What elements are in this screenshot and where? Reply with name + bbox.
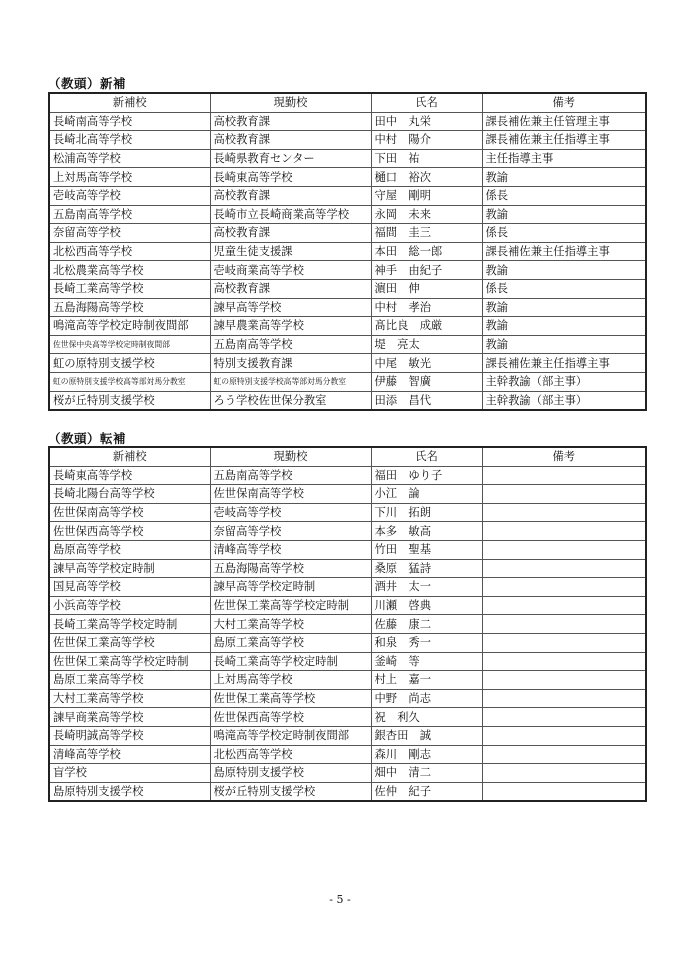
table-row: 鳴滝高等学校定時制夜間部諫早農業高等学校髙比良 成厳教諭: [49, 317, 646, 336]
remarks-cell: [482, 503, 646, 522]
remarks-cell: [482, 596, 646, 615]
current-post-cell: 長崎県教育センター: [210, 149, 371, 168]
name-cell: 下川 拓朗: [371, 503, 482, 522]
new-appointments-table: 新補校 現勤校 氏名 備考 長崎南高等学校高校教育課田中 丸栄課長補佐兼主任管理…: [48, 92, 647, 411]
table-row: 長崎東高等学校五島南高等学校福田 ゆり子: [49, 466, 646, 485]
table-row: 五島海陽高等学校諫早高等学校中村 孝治教諭: [49, 298, 646, 317]
header-current-post: 現勤校: [210, 447, 371, 466]
new-school-cell: 大村工業高等学校: [49, 689, 210, 708]
remarks-cell: [482, 726, 646, 745]
section-title-transfer: （教頭）転補: [48, 429, 126, 447]
name-cell: 樋口 裕次: [371, 168, 482, 187]
table-row: 佐世保工業高等学校島原工業高等学校和泉 秀一: [49, 633, 646, 652]
table-row: 佐世保西高等学校奈留高等学校本多 敏高: [49, 522, 646, 541]
remarks-cell: 係長: [482, 186, 646, 205]
table-row: 諫早高等学校定時制五島海陽高等学校桑原 猛詩: [49, 559, 646, 578]
new-school-cell: 松浦高等学校: [49, 149, 210, 168]
current-post-cell: ろう学校佐世保分教室: [210, 391, 371, 410]
current-post-cell: 鳴滝高等学校定時制夜間部: [210, 726, 371, 745]
new-school-cell: 諫早商業高等学校: [49, 708, 210, 727]
table-row: 清峰高等学校北松西高等学校森川 剛志: [49, 745, 646, 764]
remarks-cell: [482, 745, 646, 764]
new-school-cell: 長崎工業高等学校定時制: [49, 615, 210, 634]
new-school-cell: 長崎北陽台高等学校: [49, 485, 210, 504]
table-header-row: 新補校 現勤校 氏名 備考: [49, 447, 646, 466]
table-row: 奈留高等学校高校教育課福間 圭三係長: [49, 224, 646, 243]
name-cell: 田添 昌代: [371, 391, 482, 410]
new-school-cell: 五島海陽高等学校: [49, 298, 210, 317]
name-cell: 中村 陽介: [371, 131, 482, 150]
name-cell: 酒井 太一: [371, 578, 482, 597]
header-name: 氏名: [371, 447, 482, 466]
table-row: 長崎北高等学校高校教育課中村 陽介課長補佐兼主任指導主事: [49, 131, 646, 150]
current-post-cell: 壱岐高等学校: [210, 503, 371, 522]
current-post-cell: 特別支援教育課: [210, 354, 371, 373]
table-row: 虹の原特別支援学校高等部対馬分教室虹の原特別支援学校高等部対馬分教室伊藤 智廣主…: [49, 372, 646, 391]
new-school-cell: 佐世保中央高等学校定時制夜間部: [49, 335, 210, 354]
remarks-cell: [482, 633, 646, 652]
table-row: 長崎工業高等学校定時制大村工業高等学校佐藤 康二: [49, 615, 646, 634]
table-row: 盲学校島原特別支援学校畑中 清二: [49, 764, 646, 783]
new-school-cell: 壱岐高等学校: [49, 186, 210, 205]
table-row: 松浦高等学校長崎県教育センター下田 祐主任指導主事: [49, 149, 646, 168]
new-school-cell: 盲学校: [49, 764, 210, 783]
remarks-cell: 教諭: [482, 298, 646, 317]
name-cell: 中野 尚志: [371, 689, 482, 708]
name-cell: 伊藤 智廣: [371, 372, 482, 391]
new-school-cell: 五島南高等学校: [49, 205, 210, 224]
new-school-cell: 佐世保工業高等学校定時制: [49, 652, 210, 671]
header-remarks: 備考: [482, 447, 646, 466]
table-row: 大村工業高等学校佐世保工業高等学校中野 尚志: [49, 689, 646, 708]
current-post-cell: 高校教育課: [210, 186, 371, 205]
new-school-cell: 長崎明誠高等学校: [49, 726, 210, 745]
current-post-cell: 虹の原特別支援学校高等部対馬分教室: [210, 372, 371, 391]
remarks-cell: 主任指導主事: [482, 149, 646, 168]
current-post-cell: 五島南高等学校: [210, 466, 371, 485]
table-row: 長崎南高等学校高校教育課田中 丸栄課長補佐兼主任管理主事: [49, 112, 646, 131]
name-cell: 本多 敏高: [371, 522, 482, 541]
name-cell: 佐藤 康二: [371, 615, 482, 634]
name-cell: 川瀬 啓典: [371, 596, 482, 615]
name-cell: 村上 嘉一: [371, 671, 482, 690]
table-row: 佐世保工業高等学校定時制長崎工業高等学校定時制釜崎 等: [49, 652, 646, 671]
remarks-cell: 教諭: [482, 317, 646, 336]
remarks-cell: 教諭: [482, 205, 646, 224]
remarks-cell: 課長補佐兼主任指導主事: [482, 354, 646, 373]
header-new-school: 新補校: [49, 93, 210, 112]
table-row: 国見高等学校諫早高等学校定時制酒井 太一: [49, 578, 646, 597]
table-row: 佐世保中央高等学校定時制夜間部五島南高等学校堤 亮太教諭: [49, 335, 646, 354]
current-post-cell: 高校教育課: [210, 279, 371, 298]
new-school-cell: 島原工業高等学校: [49, 671, 210, 690]
remarks-cell: 主幹教諭（部主事）: [482, 372, 646, 391]
remarks-cell: 課長補佐兼主任指導主事: [482, 131, 646, 150]
current-post-cell: 壱岐商業高等学校: [210, 261, 371, 280]
name-cell: 守屋 剛明: [371, 186, 482, 205]
remarks-cell: [482, 522, 646, 541]
remarks-cell: 係長: [482, 279, 646, 298]
new-school-cell: 佐世保南高等学校: [49, 503, 210, 522]
new-school-cell: 長崎南高等学校: [49, 112, 210, 131]
name-cell: 田中 丸栄: [371, 112, 482, 131]
table-row: 桜が丘特別支援学校ろう学校佐世保分教室田添 昌代主幹教諭（部主事）: [49, 391, 646, 410]
table-row: 長崎明誠高等学校鳴滝高等学校定時制夜間部銀杏田 誠: [49, 726, 646, 745]
name-cell: 永岡 未来: [371, 205, 482, 224]
current-post-cell: 佐世保西高等学校: [210, 708, 371, 727]
new-school-cell: 国見高等学校: [49, 578, 210, 597]
table-row: 島原工業高等学校上対馬高等学校村上 嘉一: [49, 671, 646, 690]
name-cell: 髙比良 成厳: [371, 317, 482, 336]
current-post-cell: 高校教育課: [210, 224, 371, 243]
new-school-cell: 奈留高等学校: [49, 224, 210, 243]
current-post-cell: 奈留高等学校: [210, 522, 371, 541]
current-post-cell: 高校教育課: [210, 112, 371, 131]
current-post-cell: 島原工業高等学校: [210, 633, 371, 652]
table-row: 島原高等学校清峰高等学校竹田 聖基: [49, 540, 646, 559]
name-cell: 祝 利久: [371, 708, 482, 727]
header-current-post: 現勤校: [210, 93, 371, 112]
name-cell: 銀杏田 誠: [371, 726, 482, 745]
current-post-cell: 諫早高等学校定時制: [210, 578, 371, 597]
table-header-row: 新補校 現勤校 氏名 備考: [49, 93, 646, 112]
name-cell: 和泉 秀一: [371, 633, 482, 652]
new-school-cell: 虹の原特別支援学校高等部対馬分教室: [49, 372, 210, 391]
remarks-cell: 課長補佐兼主任指導主事: [482, 242, 646, 261]
name-cell: 下田 祐: [371, 149, 482, 168]
name-cell: 福間 圭三: [371, 224, 482, 243]
table-row: 北松西高等学校児童生徒支援課本田 総一郎課長補佐兼主任指導主事: [49, 242, 646, 261]
remarks-cell: [482, 615, 646, 634]
new-school-cell: 諫早高等学校定時制: [49, 559, 210, 578]
new-school-cell: 鳴滝高等学校定時制夜間部: [49, 317, 210, 336]
new-school-cell: 小浜高等学校: [49, 596, 210, 615]
table-row: 五島南高等学校長崎市立長崎商業高等学校永岡 未来教諭: [49, 205, 646, 224]
new-school-cell: 虹の原特別支援学校: [49, 354, 210, 373]
name-cell: 濵田 伸: [371, 279, 482, 298]
remarks-cell: [482, 652, 646, 671]
section-title-new: （教頭）新補: [48, 74, 126, 92]
new-school-cell: 佐世保西高等学校: [49, 522, 210, 541]
current-post-cell: 長崎工業高等学校定時制: [210, 652, 371, 671]
current-post-cell: 五島海陽高等学校: [210, 559, 371, 578]
new-school-cell: 桜が丘特別支援学校: [49, 391, 210, 410]
remarks-cell: [482, 671, 646, 690]
table-row: 上対馬高等学校長崎東高等学校樋口 裕次教諭: [49, 168, 646, 187]
page-number: - 5 -: [0, 893, 680, 906]
new-school-cell: 長崎工業高等学校: [49, 279, 210, 298]
new-school-cell: 島原特別支援学校: [49, 782, 210, 801]
header-new-school: 新補校: [49, 447, 210, 466]
current-post-cell: 長崎市立長崎商業高等学校: [210, 205, 371, 224]
new-school-cell: 北松西高等学校: [49, 242, 210, 261]
current-post-cell: 北松西高等学校: [210, 745, 371, 764]
remarks-cell: [482, 764, 646, 783]
current-post-cell: 大村工業高等学校: [210, 615, 371, 634]
new-school-cell: 北松農業高等学校: [49, 261, 210, 280]
remarks-cell: 課長補佐兼主任管理主事: [482, 112, 646, 131]
table-row: 壱岐高等学校高校教育課守屋 剛明係長: [49, 186, 646, 205]
name-cell: 堤 亮太: [371, 335, 482, 354]
name-cell: 福田 ゆり子: [371, 466, 482, 485]
table-row: 長崎北陽台高等学校佐世保南高等学校小江 論: [49, 485, 646, 504]
remarks-cell: [482, 689, 646, 708]
name-cell: 本田 総一郎: [371, 242, 482, 261]
name-cell: 畑中 清二: [371, 764, 482, 783]
remarks-cell: [482, 708, 646, 727]
new-school-cell: 長崎北高等学校: [49, 131, 210, 150]
remarks-cell: [482, 782, 646, 801]
new-school-cell: 佐世保工業高等学校: [49, 633, 210, 652]
name-cell: 中尾 敏光: [371, 354, 482, 373]
table-row: 長崎工業高等学校高校教育課濵田 伸係長: [49, 279, 646, 298]
new-school-cell: 上対馬高等学校: [49, 168, 210, 187]
name-cell: 釜崎 等: [371, 652, 482, 671]
remarks-cell: 教諭: [482, 335, 646, 354]
current-post-cell: 上対馬高等学校: [210, 671, 371, 690]
new-school-cell: 清峰高等学校: [49, 745, 210, 764]
name-cell: 竹田 聖基: [371, 540, 482, 559]
remarks-cell: [482, 466, 646, 485]
new-school-cell: 長崎東高等学校: [49, 466, 210, 485]
current-post-cell: 佐世保工業高等学校定時制: [210, 596, 371, 615]
current-post-cell: 桜が丘特別支援学校: [210, 782, 371, 801]
current-post-cell: 諫早高等学校: [210, 298, 371, 317]
remarks-cell: [482, 540, 646, 559]
table-row: 諫早商業高等学校佐世保西高等学校祝 利久: [49, 708, 646, 727]
table-row: 島原特別支援学校桜が丘特別支援学校佐仲 紀子: [49, 782, 646, 801]
current-post-cell: 五島南高等学校: [210, 335, 371, 354]
remarks-cell: 教諭: [482, 168, 646, 187]
table-row: 北松農業高等学校壱岐商業高等学校神手 由紀子教諭: [49, 261, 646, 280]
name-cell: 中村 孝治: [371, 298, 482, 317]
transfer-appointments-table: 新補校 現勤校 氏名 備考 長崎東高等学校五島南高等学校福田 ゆり子長崎北陽台高…: [48, 446, 647, 802]
name-cell: 佐仲 紀子: [371, 782, 482, 801]
header-name: 氏名: [371, 93, 482, 112]
name-cell: 神手 由紀子: [371, 261, 482, 280]
current-post-cell: 高校教育課: [210, 131, 371, 150]
table-row: 佐世保南高等学校壱岐高等学校下川 拓朗: [49, 503, 646, 522]
current-post-cell: 長崎東高等学校: [210, 168, 371, 187]
table-row: 虹の原特別支援学校特別支援教育課中尾 敏光課長補佐兼主任指導主事: [49, 354, 646, 373]
remarks-cell: [482, 485, 646, 504]
remarks-cell: 主幹教諭（部主事）: [482, 391, 646, 410]
current-post-cell: 佐世保工業高等学校: [210, 689, 371, 708]
current-post-cell: 佐世保南高等学校: [210, 485, 371, 504]
header-remarks: 備考: [482, 93, 646, 112]
name-cell: 桑原 猛詩: [371, 559, 482, 578]
name-cell: 小江 論: [371, 485, 482, 504]
name-cell: 森川 剛志: [371, 745, 482, 764]
current-post-cell: 清峰高等学校: [210, 540, 371, 559]
remarks-cell: [482, 578, 646, 597]
remarks-cell: [482, 559, 646, 578]
table-row: 小浜高等学校佐世保工業高等学校定時制川瀬 啓典: [49, 596, 646, 615]
current-post-cell: 児童生徒支援課: [210, 242, 371, 261]
current-post-cell: 諫早農業高等学校: [210, 317, 371, 336]
current-post-cell: 島原特別支援学校: [210, 764, 371, 783]
remarks-cell: 係長: [482, 224, 646, 243]
remarks-cell: 教諭: [482, 261, 646, 280]
new-school-cell: 島原高等学校: [49, 540, 210, 559]
